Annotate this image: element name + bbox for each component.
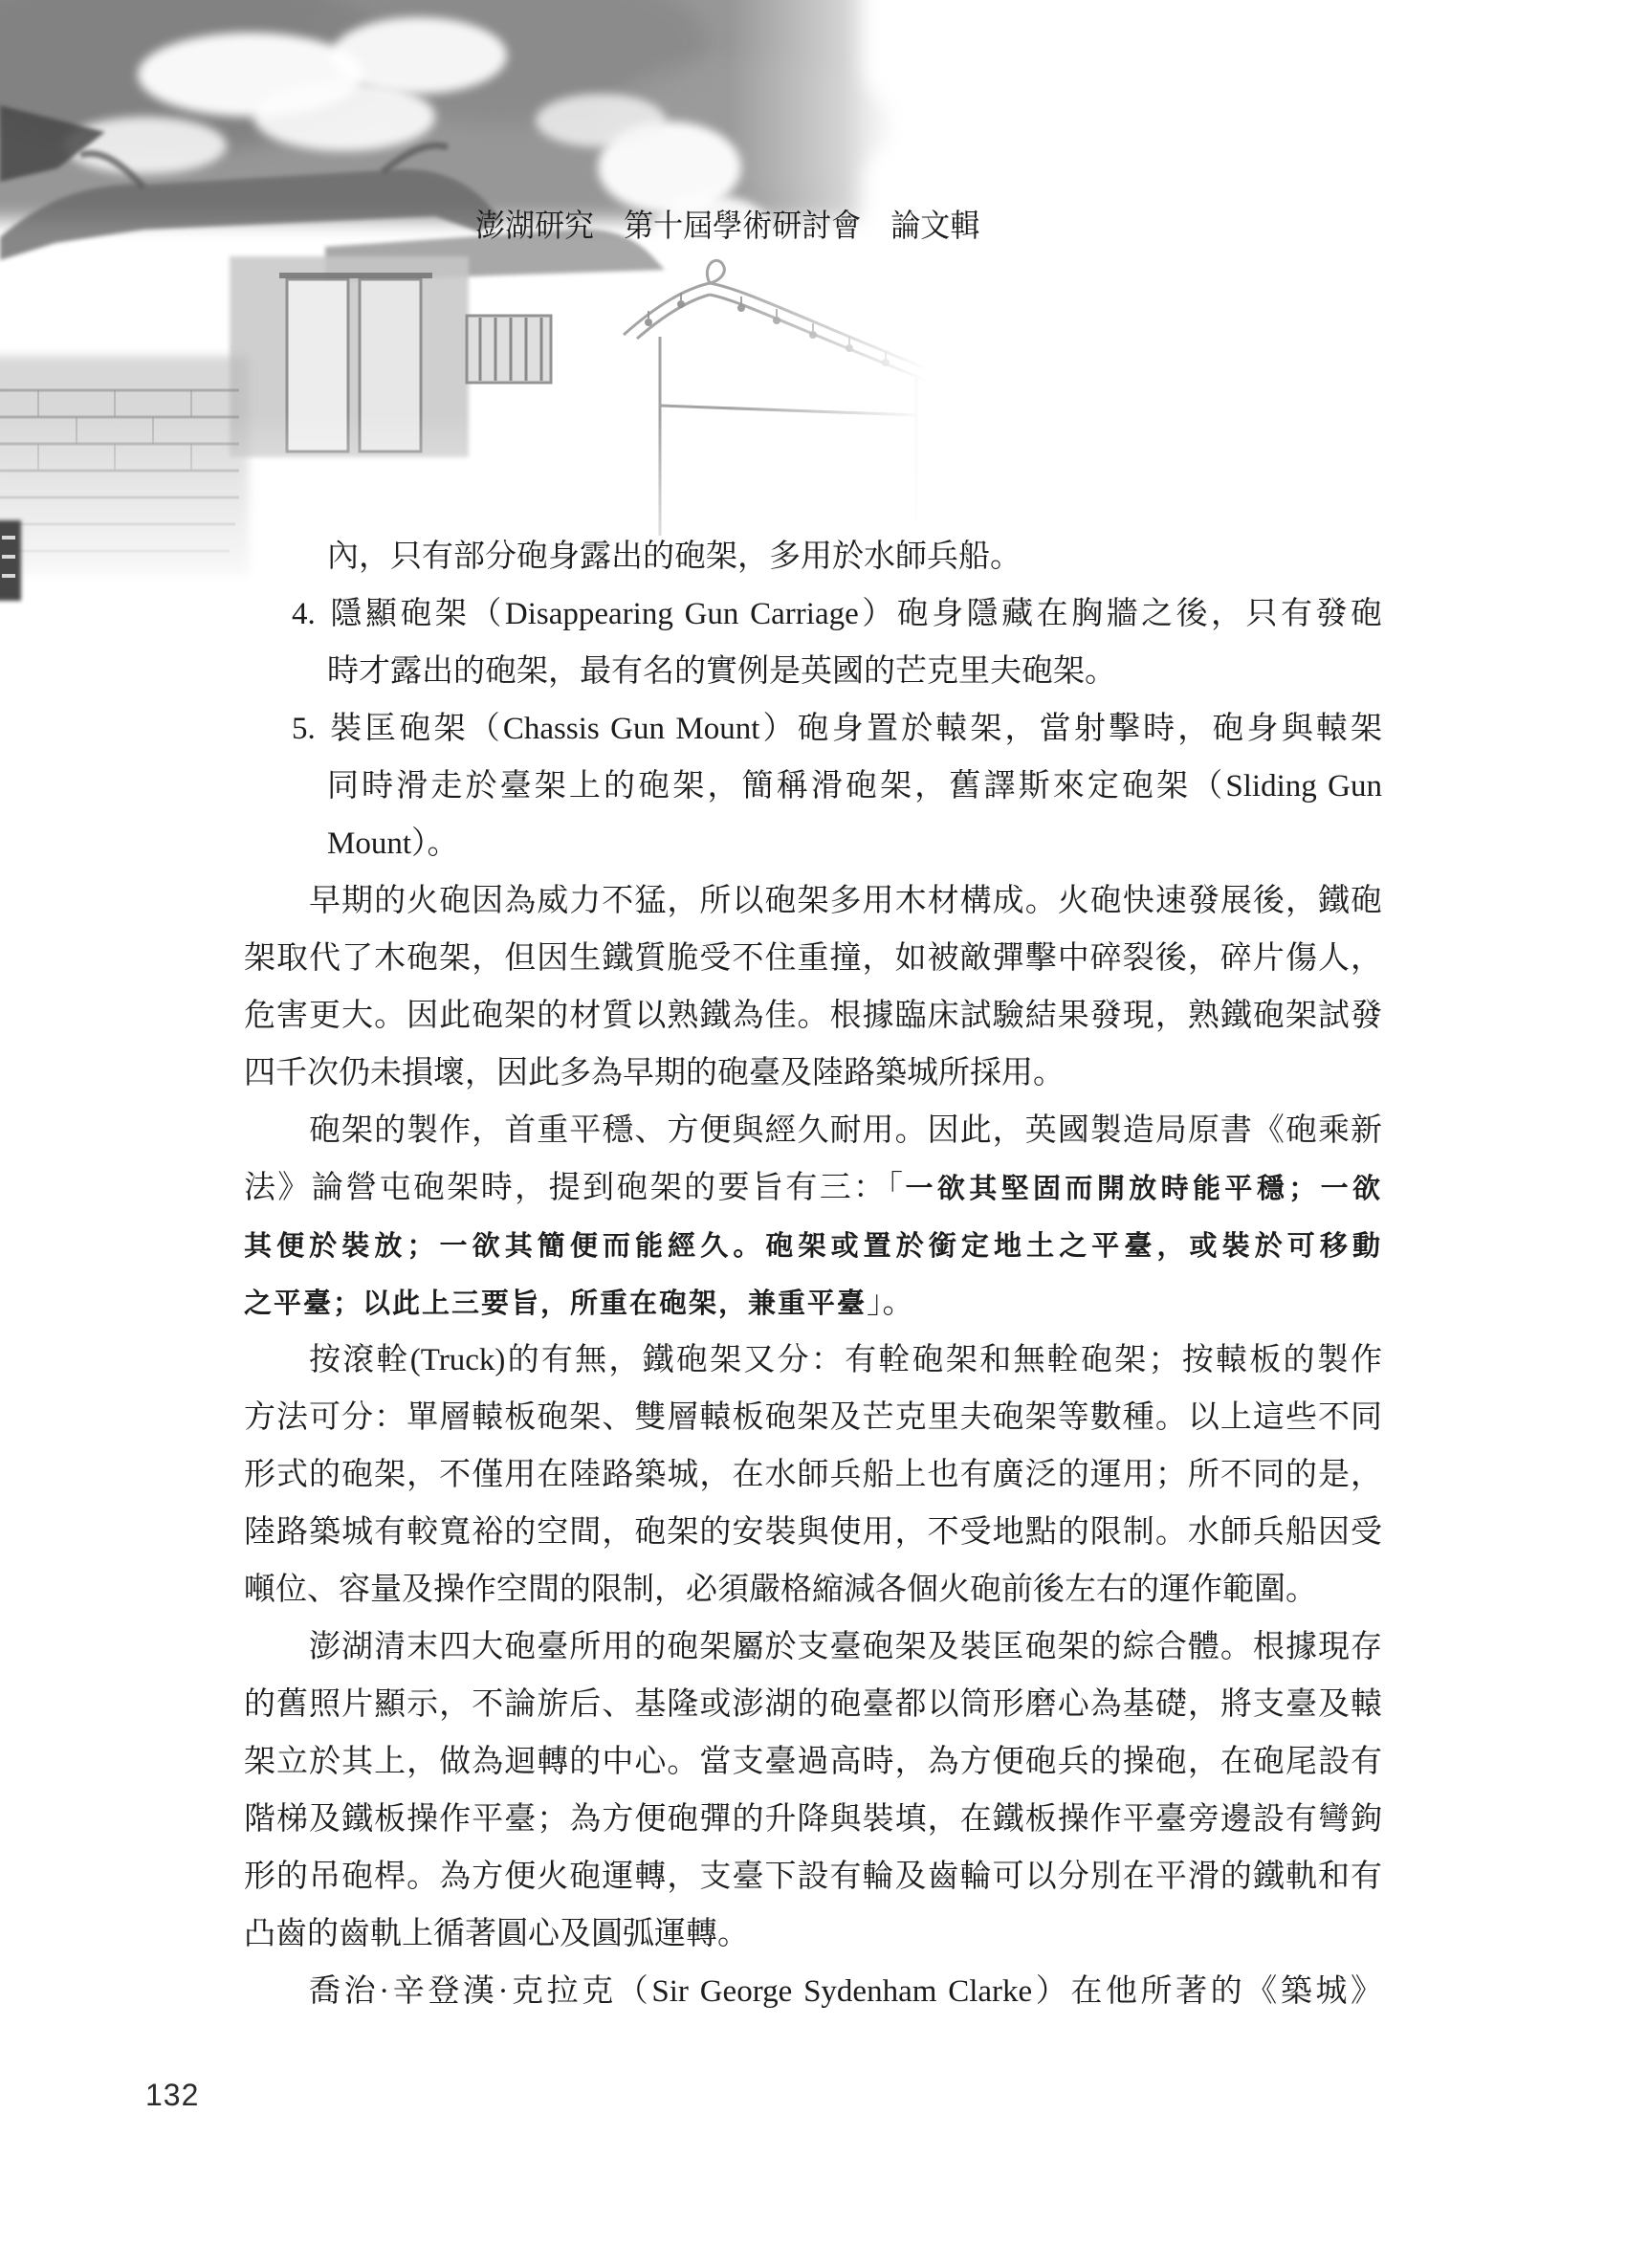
text-segment: 的舊照片顯示，不論旂后、基隆或澎湖的砲臺都以筒形磨心為基礎，將支臺及轅 xyxy=(244,1687,1382,1722)
text-segment: 喬治·辛登漢·克拉克（Sir George Sydenham Clarke）在他… xyxy=(309,1974,1382,2009)
text-line: 架取代了木砲架，但因生鐵質脆受不住重撞，如被敵彈擊中碎裂後，碎片傷人， xyxy=(244,930,1382,987)
text-segment: 形的吊砲桿。為方便火砲運轉，支臺下設有輪及齒輪可以分別在平滑的鐵軌和有 xyxy=(244,1860,1382,1894)
text-segment: Mount）。 xyxy=(327,826,459,861)
text-segment: 架立於其上，做為迴轉的中心。當支臺過高時，為方便砲兵的操砲，在砲尾設有 xyxy=(244,1745,1382,1779)
page-number: 132 xyxy=(145,2078,199,2113)
text-line: 階梯及鐵板操作平臺；為方便砲彈的升降與裝填，在鐵板操作平臺旁邊設有彎鉤 xyxy=(244,1791,1382,1848)
text-segment: 陸路築城有較寬裕的空間，砲架的安裝與使用，不受地點的限制。水師兵船因受 xyxy=(244,1515,1382,1550)
text-segment: 一欲其堅固而開放時能平穩；一欲 xyxy=(905,1174,1382,1204)
text-segment: 四千次仍未損壞，因此多為早期的砲臺及陸路築城所採用。 xyxy=(244,1056,1065,1090)
text-line: 按滾輇(Truck)的有無，鐵砲架又分：有輇砲架和無輇砲架；按轅板的製作 xyxy=(244,1332,1382,1389)
text-line: 陸路築城有較寬裕的空間，砲架的安裝與使用，不受地點的限制。水師兵船因受 xyxy=(244,1504,1382,1561)
text-line: 形式的砲架，不僅用在陸路築城，在水師兵船上也有廣泛的運用；所不同的是， xyxy=(244,1446,1382,1504)
text-segment: 危害更大。因此砲架的材質以熟鐵為佳。根據臨床試驗結果發現，熟鐵砲架試發 xyxy=(244,999,1382,1033)
text-segment: 澎湖清末四大砲臺所用的砲架屬於支臺砲架及裝匡砲架的綜合體。根據現存 xyxy=(309,1630,1382,1664)
list-number: 4. xyxy=(292,585,327,643)
text-segment: 階梯及鐵板操作平臺；為方便砲彈的升降與裝填，在鐵板操作平臺旁邊設有彎鉤 xyxy=(244,1802,1382,1837)
text-line: 架立於其上，做為迴轉的中心。當支臺過高時，為方便砲兵的操砲，在砲尾設有 xyxy=(244,1733,1382,1791)
text-segment: 方法可分：單層轅板砲架、雙層轅板砲架及芒克里夫砲架等數種。以上這些不同 xyxy=(244,1400,1382,1435)
text-segment: 架取代了木砲架，但因生鐵質脆受不住重撞，如被敵彈擊中碎裂後，碎片傷人， xyxy=(244,941,1382,976)
text-line: Mount）。 xyxy=(244,815,1382,872)
text-segment: 法》論營屯砲架時，提到砲架的要旨有三：「 xyxy=(244,1171,905,1205)
text-line: 時才露出的砲架，最有名的實例是英國的芒克里夫砲架。 xyxy=(244,643,1382,700)
text-line: 澎湖清末四大砲臺所用的砲架屬於支臺砲架及裝匡砲架的綜合體。根據現存 xyxy=(244,1618,1382,1676)
text-line: 形的吊砲桿。為方便火砲運轉，支臺下設有輪及齒輪可以分別在平滑的鐵軌和有 xyxy=(244,1848,1382,1905)
text-line: 危害更大。因此砲架的材質以熟鐵為佳。根據臨床試驗結果發現，熟鐵砲架試發 xyxy=(244,987,1382,1045)
text-line: 噸位、容量及操作空間的限制，必須嚴格縮減各個火砲前後左右的運作範圍。 xyxy=(244,1561,1382,1618)
text-segment: 噸位、容量及操作空間的限制，必須嚴格縮減各個火砲前後左右的運作範圍。 xyxy=(244,1573,1317,1607)
text-line: 5.裝匡砲架（Chassis Gun Mount）砲身置於轅架，當射擊時，砲身與… xyxy=(244,700,1382,758)
text-segment: 砲架的製作，首重平穩、方便與經久耐用。因此，英國製造局原書《砲乘新 xyxy=(309,1113,1382,1148)
text-line: 方法可分：單層轅板砲架、雙層轅板砲架及芒克里夫砲架等數種。以上這些不同 xyxy=(244,1389,1382,1446)
text-segment: 時才露出的砲架，最有名的實例是英國的芒克里夫砲架。 xyxy=(327,654,1116,689)
text-line: 其便於裝放；一欲其簡便而能經久。砲架或置於銜定地土之平臺，或裝於可移動 xyxy=(244,1217,1382,1274)
text-line: 砲架的製作，首重平穩、方便與經久耐用。因此，英國製造局原書《砲乘新 xyxy=(244,1102,1382,1159)
text-line: 同時滑走於臺架上的砲架，簡稱滑砲架，舊譯斯來定砲架（Sliding Gun xyxy=(244,758,1382,815)
text-segment: 形式的砲架，不僅用在陸路築城，在水師兵船上也有廣泛的運用；所不同的是， xyxy=(244,1458,1382,1492)
page-header-title: 澎湖研究 第十屆學術研討會 論文輯 xyxy=(475,201,979,246)
text-segment: 」。 xyxy=(867,1286,914,1320)
text-segment: 之平臺；以此上三要旨，所重在砲架，兼重平臺 xyxy=(244,1288,867,1319)
text-segment: 裝匡砲架（Chassis Gun Mount）砲身置於轅架，當射擊時，砲身與轅架 xyxy=(327,712,1382,746)
text-line: 內，只有部分砲身露出的砲架，多用於水師兵船。 xyxy=(244,528,1382,585)
text-line: 法》論營屯砲架時，提到砲架的要旨有三：「一欲其堅固而開放時能平穩；一欲 xyxy=(244,1159,1382,1217)
text-line: 4.隱顯砲架（Disappearing Gun Carriage）砲身隱藏在胸牆… xyxy=(244,585,1382,643)
text-segment: 凸齒的齒軌上循著圓心及圓弧運轉。 xyxy=(244,1917,749,1951)
left-edge-ink-mark xyxy=(0,517,33,605)
page: 澎湖研究 第十屆學術研討會 論文輯 內，只有部分砲身露出的砲架，多用於水師兵船。… xyxy=(0,0,1626,2268)
text-line: 之平臺；以此上三要旨，所重在砲架，兼重平臺」。 xyxy=(244,1274,1382,1332)
text-segment: 其便於裝放；一欲其簡便而能經久。砲架或置於銜定地土之平臺，或裝於可移動 xyxy=(244,1231,1382,1262)
text-segment: 內，只有部分砲身露出的砲架，多用於水師兵船。 xyxy=(327,539,1022,574)
text-segment: 同時滑走於臺架上的砲架，簡稱滑砲架，舊譯斯來定砲架（Sliding Gun xyxy=(327,769,1382,804)
text-segment: 早期的火砲因為威力不猛，所以砲架多用木材構成。火砲快速發展後，鐵砲 xyxy=(309,884,1382,918)
text-line: 凸齒的齒軌上循著圓心及圓弧運轉。 xyxy=(244,1905,1382,1963)
text-block: 內，只有部分砲身露出的砲架，多用於水師兵船。4.隱顯砲架（Disappearin… xyxy=(244,528,1382,2020)
text-segment: 按滾輇(Truck)的有無，鐵砲架又分：有輇砲架和無輇砲架；按轅板的製作 xyxy=(309,1343,1382,1377)
text-line: 喬治·辛登漢·克拉克（Sir George Sydenham Clarke）在他… xyxy=(244,1963,1382,2020)
text-line: 早期的火砲因為威力不猛，所以砲架多用木材構成。火砲快速發展後，鐵砲 xyxy=(244,872,1382,930)
list-number: 5. xyxy=(292,700,327,758)
text-segment: 隱顯砲架（Disappearing Gun Carriage）砲身隱藏在胸牆之後… xyxy=(327,597,1382,631)
text-line: 四千次仍未損壞，因此多為早期的砲臺及陸路築城所採用。 xyxy=(244,1045,1382,1102)
text-line: 的舊照片顯示，不論旂后、基隆或澎湖的砲臺都以筒形磨心為基礎，將支臺及轅 xyxy=(244,1676,1382,1733)
